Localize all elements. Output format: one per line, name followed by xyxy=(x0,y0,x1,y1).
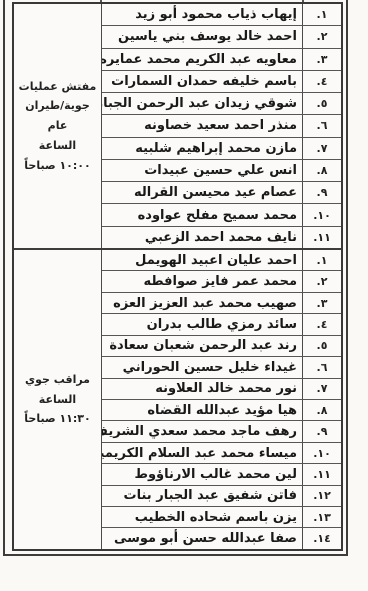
table-row: ١٣. يزن باسم شحاده الخطيب xyxy=(102,507,341,528)
row-number: ٦. xyxy=(302,357,341,377)
table-row: ١. احمد عليان اعبيد الهويمل xyxy=(102,250,341,271)
row-number: ٣. xyxy=(302,49,341,70)
table-row: ١٢. فاتن شفيق عبد الجبار بنات xyxy=(102,486,341,507)
row-name: نايف محمد احمد الزعبي xyxy=(102,227,302,248)
table-row: ٢. احمد خالد يوسف بني ياسين xyxy=(102,26,341,48)
section-rows: ١. احمد عليان اعبيد الهويمل ٢. محمد عمر … xyxy=(102,250,341,549)
table-row: ٧. نور محمد خالد العلاونه xyxy=(102,379,341,400)
row-name: مازن محمد إبراهيم شلبيه xyxy=(102,138,302,159)
group-label-line: جوية/طيران عام xyxy=(16,96,99,136)
row-number: ٧. xyxy=(302,379,341,399)
row-number: ٨. xyxy=(302,400,341,420)
row-name: هيا مؤيد عبدالله القضاه xyxy=(102,400,302,420)
group-label-line: الساعة xyxy=(39,136,76,156)
row-name: صفا عبدالله حسن أبو موسى xyxy=(102,528,302,548)
table-row: ٥. رند عبد الرحمن شعبان سعادة xyxy=(102,336,341,357)
row-number: ٩. xyxy=(302,182,341,203)
table-row: ٦. غيداء خليل حسين الحوراني xyxy=(102,357,341,378)
group-label-line: مراقب جوي الساعة xyxy=(16,370,99,410)
row-number: ٧. xyxy=(302,138,341,159)
group-label-line: مفتش عمليات xyxy=(19,77,97,97)
section-aviation-inspector: ١. إيهاب ذياب محمود أبو زيد ٢. احمد خالد… xyxy=(14,4,341,250)
row-number: ٩. xyxy=(302,421,341,441)
table-row: ٢. محمد عمر فايز صوافطه xyxy=(102,271,341,292)
group-label-cell: مفتش عمليات جوية/طيران عام الساعة ١٠:٠٠ … xyxy=(14,4,102,248)
row-name: يزن باسم شحاده الخطيب xyxy=(102,507,302,527)
row-number: ١١. xyxy=(302,464,341,484)
table-row: ٤. سائد رمزي طالب بدران xyxy=(102,314,341,335)
row-number: ٥. xyxy=(302,93,341,114)
row-name: سائد رمزي طالب بدران xyxy=(102,314,302,334)
row-name: باسم خليفه حمدان السمارات xyxy=(102,71,302,92)
scanned-document-page: ١. إيهاب ذياب محمود أبو زيد ٢. احمد خالد… xyxy=(0,0,368,591)
table-row: ٤. باسم خليفه حمدان السمارات xyxy=(102,71,341,93)
row-number: ٢. xyxy=(302,271,341,291)
table-row: ٣. معاويه عبد الكريم محمد عمايره xyxy=(102,49,341,71)
table-row: ١١. لين محمد غالب الارناؤوط xyxy=(102,464,341,485)
row-number: ٦. xyxy=(302,115,341,136)
row-name: عصام عيد محيسن القراله xyxy=(102,182,302,203)
row-number: ٣. xyxy=(302,293,341,313)
row-name: محمد سميح مفلح عواوده xyxy=(102,204,302,225)
row-name: منذر احمد سعيد خصاونه xyxy=(102,115,302,136)
row-number: ١١. xyxy=(302,227,341,248)
row-number: ١٤. xyxy=(302,528,341,548)
group-label-cell: مراقب جوي الساعة ١١:٣٠ صباحاً xyxy=(14,250,102,549)
row-name: معاويه عبد الكريم محمد عمايره xyxy=(102,49,302,70)
row-name: ميساء محمد عبد السلام الكريمين xyxy=(102,443,302,463)
row-name: شوقي زيدان عبد الرحمن الجبارين xyxy=(102,93,302,114)
row-number: ٤. xyxy=(302,71,341,92)
row-name: غيداء خليل حسين الحوراني xyxy=(102,357,302,377)
row-name: رند عبد الرحمن شعبان سعادة xyxy=(102,336,302,356)
table-row: ٦. منذر احمد سعيد خصاونه xyxy=(102,115,341,137)
row-name: محمد عمر فايز صوافطه xyxy=(102,271,302,291)
row-number: ١٣. xyxy=(302,507,341,527)
row-name: انس علي حسين عبيدات xyxy=(102,160,302,181)
table-row: ١٠. محمد سميح مفلح عواوده xyxy=(102,204,341,226)
row-name: احمد خالد يوسف بني ياسين xyxy=(102,26,302,47)
table-row: ١٠. ميساء محمد عبد السلام الكريمين xyxy=(102,443,341,464)
row-number: ١. xyxy=(302,4,341,25)
row-name: رهف ماجد محمد سعدي الشريف xyxy=(102,421,302,441)
row-number: ١٠. xyxy=(302,443,341,463)
table-row: ٩. عصام عيد محيسن القراله xyxy=(102,182,341,204)
section-rows: ١. إيهاب ذياب محمود أبو زيد ٢. احمد خالد… xyxy=(102,4,341,248)
row-number: ٢. xyxy=(302,26,341,47)
row-name: صهيب محمد عبد العزيز العزه xyxy=(102,293,302,313)
row-name: فاتن شفيق عبد الجبار بنات xyxy=(102,486,302,506)
table-row: ٧. مازن محمد إبراهيم شلبيه xyxy=(102,138,341,160)
row-number: ٤. xyxy=(302,314,341,334)
row-number: ٥. xyxy=(302,336,341,356)
row-number: ٨. xyxy=(302,160,341,181)
row-name: نور محمد خالد العلاونه xyxy=(102,379,302,399)
row-number: ١٢. xyxy=(302,486,341,506)
row-name: لين محمد غالب الارناؤوط xyxy=(102,464,302,484)
row-name: احمد عليان اعبيد الهويمل xyxy=(102,250,302,270)
table-row: ١٤. صفا عبدالله حسن أبو موسى xyxy=(102,528,341,548)
row-name: إيهاب ذياب محمود أبو زيد xyxy=(102,4,302,25)
duty-roster-table: ١. إيهاب ذياب محمود أبو زيد ٢. احمد خالد… xyxy=(12,2,343,551)
table-row: ٨. هيا مؤيد عبدالله القضاه xyxy=(102,400,341,421)
row-number: ١٠. xyxy=(302,204,341,225)
section-air-traffic-controller: ١. احمد عليان اعبيد الهويمل ٢. محمد عمر … xyxy=(14,250,341,549)
group-label-time: ١٠:٠٠ صباحاً xyxy=(24,156,90,176)
table-row: ٩. رهف ماجد محمد سعدي الشريف xyxy=(102,421,341,442)
table-row: ٨. انس علي حسين عبيدات xyxy=(102,160,341,182)
table-row: ٥. شوقي زيدان عبد الرحمن الجبارين xyxy=(102,93,341,115)
table-row: ١١. نايف محمد احمد الزعبي xyxy=(102,227,341,248)
row-number: ١. xyxy=(302,250,341,270)
table-row: ١. إيهاب ذياب محمود أبو زيد xyxy=(102,4,341,26)
group-label-time: ١١:٣٠ صباحاً xyxy=(24,409,90,429)
table-row: ٣. صهيب محمد عبد العزيز العزه xyxy=(102,293,341,314)
